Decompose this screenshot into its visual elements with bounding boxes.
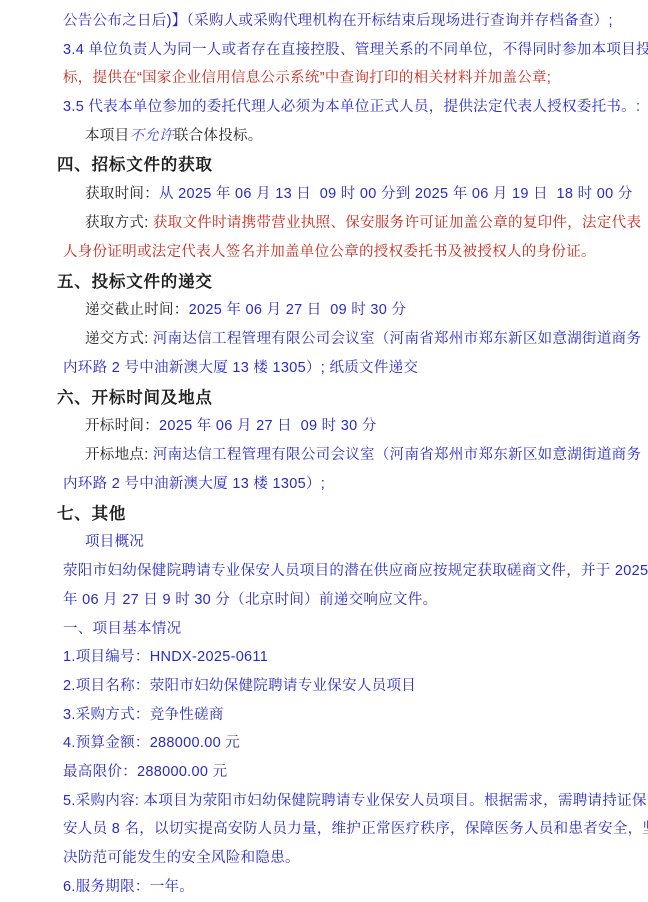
document-body: 公告公布之日后)】（采购人或采购代理机构在开标结束后现场进行查询并存档备查）;3… xyxy=(63,5,648,900)
text-run: 标，提供在“国家企业信用信息公示系统”中查询打印的相关材料并加盖公章; xyxy=(63,66,551,87)
document-page: 公告公布之日后)】（采购人或采购代理机构在开标结束后现场进行查询并存档备查）;3… xyxy=(0,0,648,902)
section-heading: 五、投标文件的递交 xyxy=(57,265,648,295)
text-run: 获取时间： xyxy=(85,182,159,203)
document-line: 荥阳市妇幼保健院聘请专业保安人员项目的潜在供应商应按规定获取磋商文件，并于 20… xyxy=(63,555,648,584)
document-line: 获取方式: 获取文件时请携带营业执照、保安服务许可证加盖公章的复印件，法定代表 xyxy=(63,207,648,236)
document-line: 3.5 代表本单位参加的委托代理人必须为本单位正式人员，提供法定代表人授权委托书… xyxy=(63,91,648,120)
document-line: 决防范可能发生的安全风险和隐患。 xyxy=(63,842,648,871)
text-run: 4.预算金额：288000.00 元 xyxy=(63,731,240,752)
text-run: 四、招标文件的获取 xyxy=(57,151,213,175)
document-line: 6.服务期限：一年。 xyxy=(63,871,648,900)
document-line: 项目概况 xyxy=(63,527,648,556)
document-line: 递交截止时间：2025 年 06 月 27 日 09 时 30 分 xyxy=(63,295,648,324)
text-run: 年 06 月 27 日 9 时 30 分（北京时间）前递交响应文件。 xyxy=(63,588,437,609)
document-line: 3.采购方式：竞争性磋商 xyxy=(63,699,648,728)
text-run: 2.项目名称：荥阳市妇幼保健院聘请专业保安人员项目 xyxy=(63,674,416,695)
text-run: 3.4 单位负责人为同一人或者存在直接控股、管理关系的不同单位，不得同时参加本项… xyxy=(63,38,648,59)
document-line: 最高限价：288000.00 元 xyxy=(63,756,648,785)
document-line: 本项目不允许联合体投标。 xyxy=(63,120,648,149)
text-run: 开标地点: xyxy=(85,443,149,464)
text-run: 从 2025 年 06 月 13 日 09 时 00 分到 2025 年 06 … xyxy=(159,182,633,203)
text-run: 荥阳市妇幼保健院聘请专业保安人员项目的潜在供应商应按规定获取磋商文件，并于 20… xyxy=(63,559,648,580)
text-run: 人身份证明或法定代表人签名并加盖单位公章的授权委托书及被授权人的身份证。 xyxy=(63,240,596,261)
document-line: 标，提供在“国家企业信用信息公示系统”中查询打印的相关材料并加盖公章; xyxy=(63,62,648,91)
text-run: 联合体投标。 xyxy=(174,124,263,145)
text-run: 2025 年 06 月 27 日 09 时 30 分 xyxy=(189,298,407,319)
text-run: 最高限价：288000.00 元 xyxy=(63,760,227,781)
document-line: 获取时间：从 2025 年 06 月 13 日 09 时 00 分到 2025 … xyxy=(63,178,648,207)
text-run: 开标时间： xyxy=(85,414,159,435)
text-run: 不允许 xyxy=(129,124,173,145)
text-run: 五、投标文件的递交 xyxy=(57,268,213,292)
document-line: 2.项目名称：荥阳市妇幼保健院聘请专业保安人员项目 xyxy=(63,670,648,699)
text-run: 递交方式: xyxy=(85,327,149,348)
text-run: 获取文件时请携带营业执照、保安服务许可证加盖公章的复印件，法定代表 xyxy=(149,211,642,232)
document-line: 1.项目编号：HNDX-2025-0611 xyxy=(63,641,648,670)
text-run: 1.项目编号：HNDX-2025-0611 xyxy=(63,645,268,666)
document-line: 开标时间：2025 年 06 月 27 日 09 时 30 分 xyxy=(63,411,648,440)
document-line: 3.4 单位负责人为同一人或者存在直接控股、管理关系的不同单位，不得同时参加本项… xyxy=(63,34,648,63)
section-heading: 四、招标文件的获取 xyxy=(57,148,648,178)
document-line: 安人员 8 名，以切实提高安防人员力量，维护正常医疗秩序，保障医务人员和患者安全… xyxy=(63,814,648,843)
text-run: 内环路 2 号中油新澳大厦 13 楼 1305）; xyxy=(63,472,325,493)
text-run: 六、开标时间及地点 xyxy=(57,384,213,408)
document-line: 年 06 月 27 日 9 时 30 分（北京时间）前递交响应文件。 xyxy=(63,584,648,613)
text-run: 河南达信工程管理有限公司会议室（河南省郑州市郑东新区如意湖街道商务 xyxy=(149,327,642,348)
text-run: 公告公布之日后)】（采购人或采购代理机构在开标结束后现场进行查询并存档备查）; xyxy=(63,9,613,30)
text-run: 5.采购内容: 本项目为荥阳市妇幼保健院聘请专业保安人员项目。根据需求，需聘请持… xyxy=(63,789,647,810)
document-line: 内环路 2 号中油新澳大厦 13 楼 1305）; 纸质文件递交 xyxy=(63,352,648,381)
text-run: 安人员 8 名，以切实提高安防人员力量，维护正常医疗秩序，保障医务人员和患者安全… xyxy=(63,817,648,838)
text-run: 决防范可能发生的安全风险和隐患。 xyxy=(63,846,300,867)
text-run: 2025 年 06 月 27 日 09 时 30 分 xyxy=(159,414,377,435)
text-run: 内环路 2 号中油新澳大厦 13 楼 1305）; 纸质文件递交 xyxy=(63,356,418,377)
text-run: 6.服务期限：一年。 xyxy=(63,875,194,896)
text-run: 项目概况 xyxy=(85,530,144,551)
text-run: 递交截止时间： xyxy=(85,298,189,319)
document-line: 内环路 2 号中油新澳大厦 13 楼 1305）; xyxy=(63,468,648,497)
section-heading: 六、开标时间及地点 xyxy=(57,381,648,411)
text-run: 河南达信工程管理有限公司会议室（河南省郑州市郑东新区如意湖街道商务 xyxy=(149,443,642,464)
document-line: 4.预算金额：288000.00 元 xyxy=(63,727,648,756)
document-line: 5.采购内容: 本项目为荥阳市妇幼保健院聘请专业保安人员项目。根据需求，需聘请持… xyxy=(63,785,648,814)
document-line: 公告公布之日后)】（采购人或采购代理机构在开标结束后现场进行查询并存档备查）; xyxy=(63,5,648,34)
text-run: 本项目 xyxy=(85,124,129,145)
document-line: 人身份证明或法定代表人签名并加盖单位公章的授权委托书及被授权人的身份证。 xyxy=(63,236,648,265)
document-line: 递交方式: 河南达信工程管理有限公司会议室（河南省郑州市郑东新区如意湖街道商务 xyxy=(63,323,648,352)
document-line: 一、项目基本情况 xyxy=(63,613,648,642)
text-run: 获取方式: xyxy=(85,211,149,232)
text-run: 七、其他 xyxy=(57,500,126,524)
text-run: 一、项目基本情况 xyxy=(63,617,181,638)
section-heading: 七、其他 xyxy=(57,497,648,527)
document-line: 开标地点: 河南达信工程管理有限公司会议室（河南省郑州市郑东新区如意湖街道商务 xyxy=(63,439,648,468)
text-run: 3.采购方式：竞争性磋商 xyxy=(63,703,224,724)
text-run: 3.5 代表本单位参加的委托代理人必须为本单位正式人员，提供法定代表人授权委托书… xyxy=(63,95,640,116)
